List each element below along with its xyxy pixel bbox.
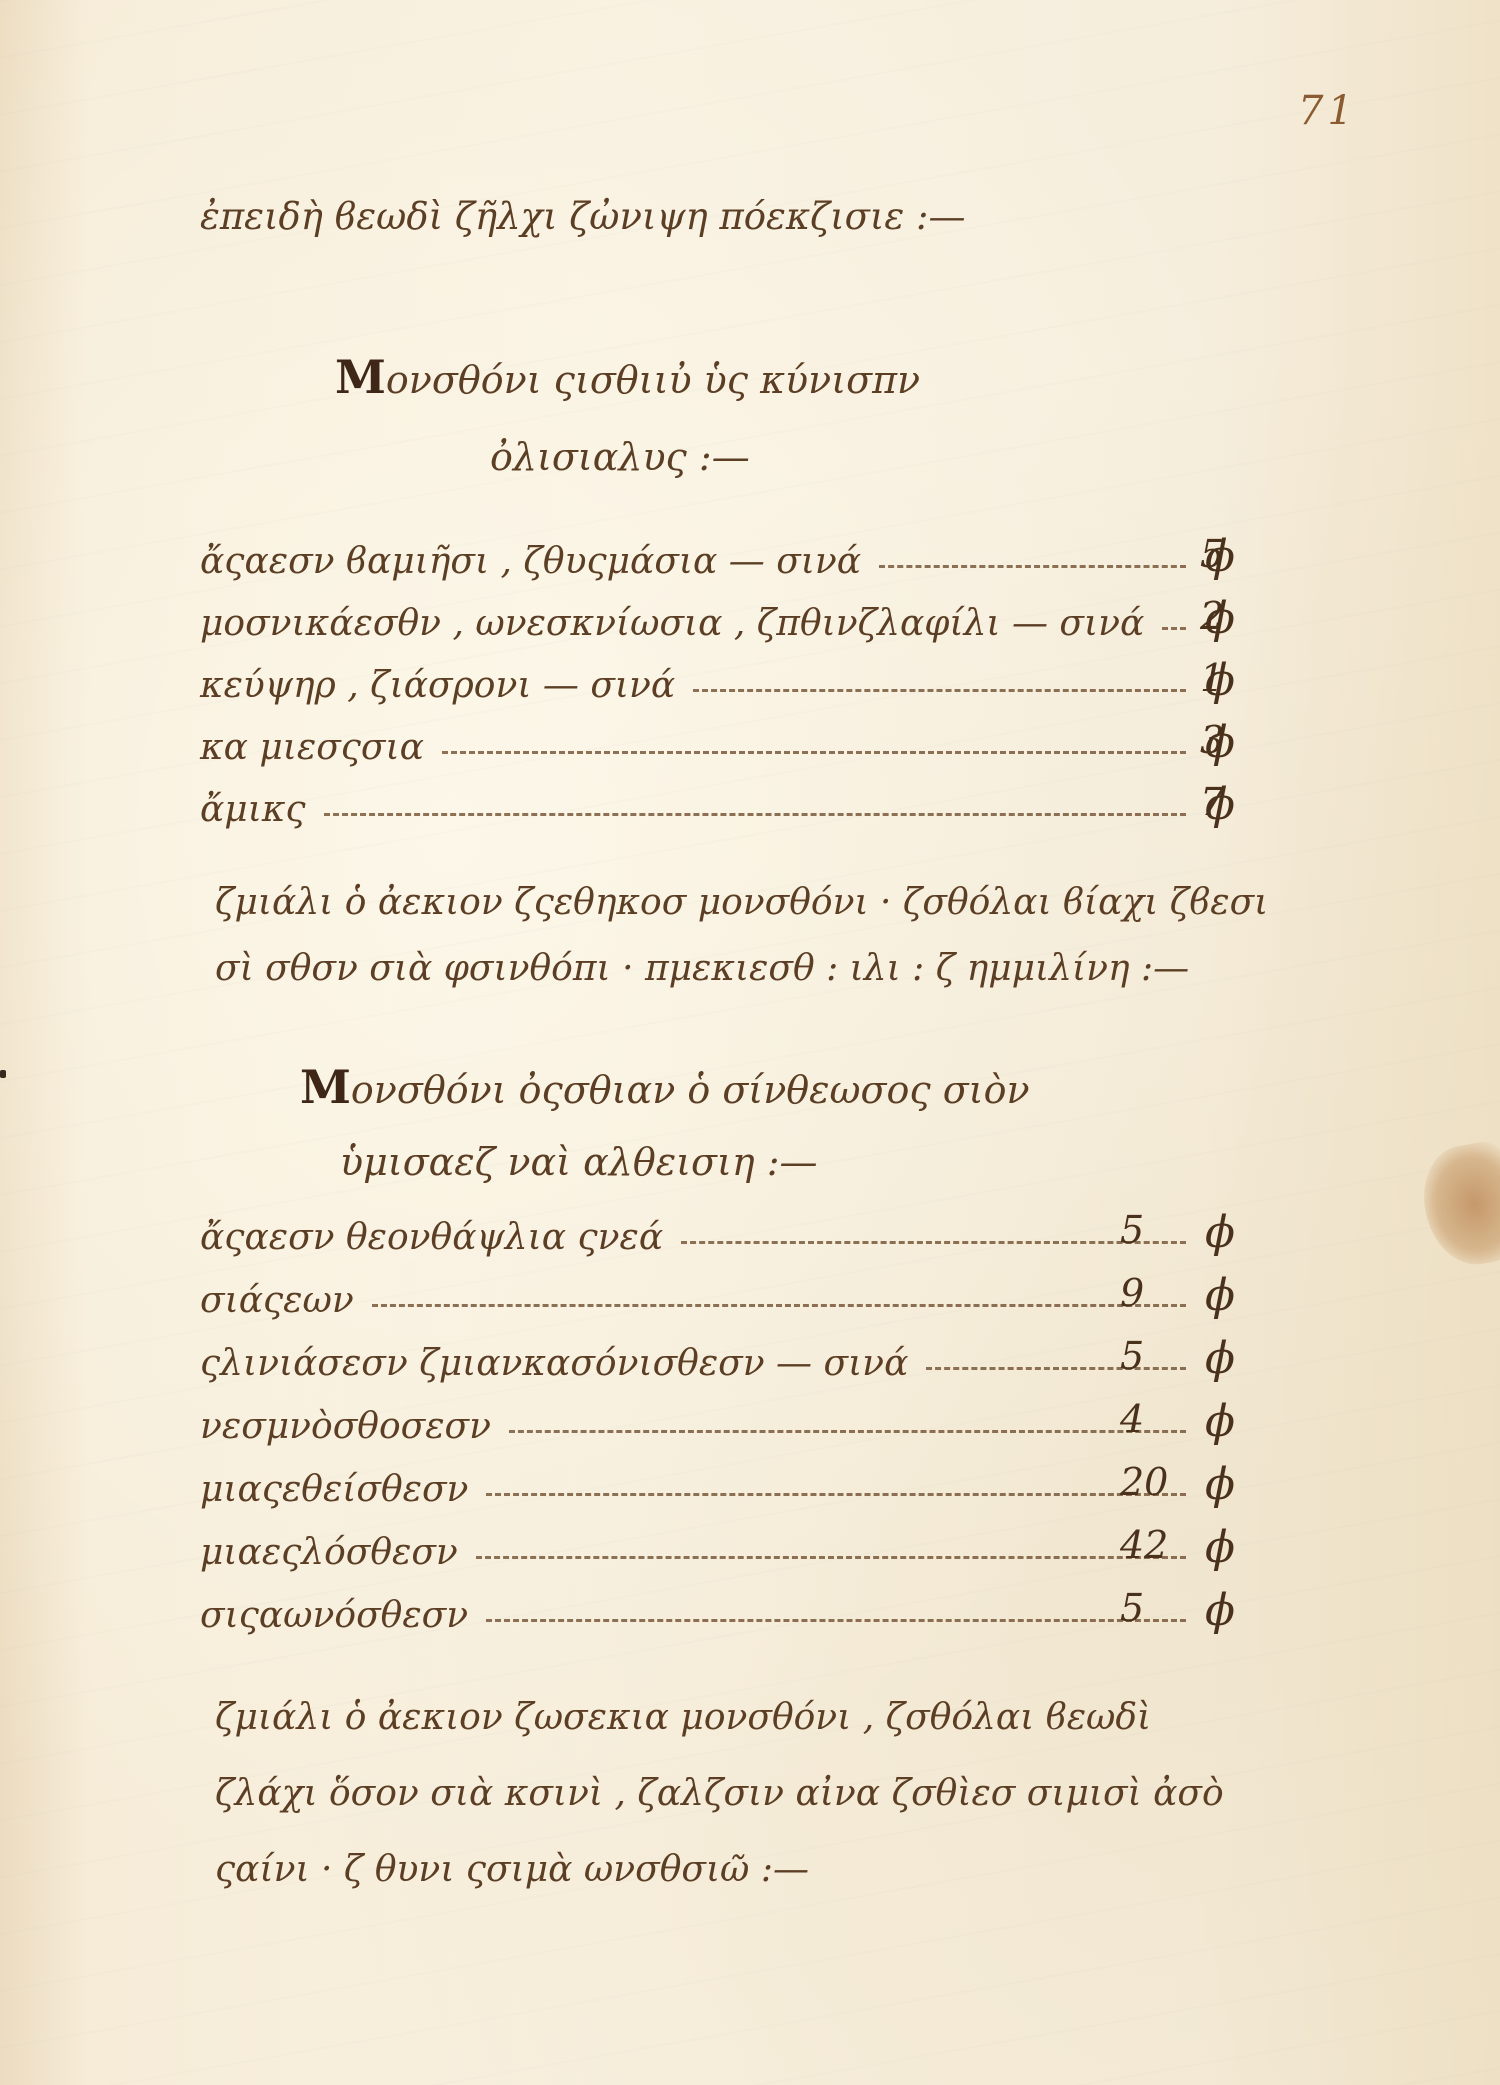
ingredient-name: σιάςεων — [200, 1280, 354, 1321]
dash-leader — [486, 1619, 1186, 1622]
dash-leader — [476, 1556, 1186, 1559]
instruction-line: ςαίνι · ζ θυνι ςσιμὰ ωνσθσιῶ :— — [215, 1832, 1295, 1908]
list-item: σιάςεων ϕ 9 — [200, 1258, 1240, 1321]
list-item: μιαςεθείσθεσν ϕ 20 — [200, 1447, 1240, 1510]
ingredient-name: μιαεςλόσθεσν — [200, 1532, 458, 1573]
dash-leader — [693, 689, 1186, 692]
ingredient-name: κεύψηρ , ζιάσρονι — σινά — [200, 665, 675, 706]
ingredient-quantity: 4 — [1120, 1397, 1144, 1441]
decorated-initial: Μ — [300, 1060, 351, 1114]
section-2-ingredient-list: ἄςαεσν θεονθάψλια ςνεά ϕ 5 σιάςεων ϕ 9 ς… — [200, 1195, 1240, 1636]
section-1-heading: Μονσθόνι ςισθιιὐ ὑς κύνισπν — [335, 350, 920, 404]
section-1-heading-text: ονσθόνι ςισθιιὐ ὑς κύνισπν — [386, 358, 920, 402]
section-2-heading-text: ονσθόνι ὀςσθιαν ὁ σίνθεωσος σιὸν — [351, 1068, 1030, 1112]
list-item: ἄμικς ϕ 7 — [200, 768, 1240, 830]
ingredient-quantity: 42 — [1120, 1523, 1168, 1567]
ingredient-name: ςλινιάσεσν ζμιανκασόνισθεσν — σινά — [200, 1343, 908, 1384]
list-item: ςλινιάσεσν ζμιανκασόνισθεσν — σινά ϕ 5 — [200, 1321, 1240, 1384]
ingredient-name: μιαςεθείσθεσν — [200, 1469, 468, 1510]
list-item: σιςαωνόσθεσν ϕ 5 — [200, 1573, 1240, 1636]
ingredient-name: ἄςαεσν θεονθάψλια ςνεά — [200, 1217, 663, 1258]
ingredient-quantity: 5 — [1120, 1208, 1144, 1252]
ingredient-name: νεσμνὸσθοσεσν — [200, 1406, 491, 1447]
ingredient-name: κα μιεσςσια — [200, 727, 424, 768]
list-item: μιαεςλόσθεσν ϕ 42 — [200, 1510, 1240, 1573]
list-item: μοσνικάεσθν , ωνεσκνίωσια , ζπθινζλαφίλι… — [200, 582, 1240, 644]
dash-leader — [681, 1241, 1186, 1244]
section-2-heading: Μονσθόνι ὀςσθιαν ὁ σίνθεωσος σιὸν — [300, 1060, 1030, 1114]
list-item: κα μιεσςσια ϕ 3 — [200, 706, 1240, 768]
drachm-symbol-icon: ϕ — [1200, 1522, 1240, 1573]
dash-leader — [324, 813, 1186, 816]
ingredient-quantity: 5 — [1120, 1334, 1144, 1378]
instruction-line: σὶ σθσν σιὰ φσινθόπι · πμεκιεσθ : ιλι : … — [215, 936, 1295, 1002]
list-item: ἄςαεσν θεονθάψλια ςνεά ϕ 5 — [200, 1195, 1240, 1258]
ingredient-quantity: 5 — [1200, 532, 1224, 576]
instruction-line: ζμιάλι ὁ ἀεκιον ζωσεκια μονσθόνι , ζσθόλ… — [215, 1680, 1295, 1756]
section-1-instructions: ζμιάλι ὁ ἀεκιον ζςεθηκοσ μονσθόνι · ζσθό… — [215, 870, 1295, 1002]
instruction-line: ζμιάλι ὁ ἀεκιον ζςεθηκοσ μονσθόνι · ζσθό… — [215, 870, 1295, 936]
ingredient-quantity: 1 — [1200, 656, 1224, 700]
dash-leader — [442, 751, 1186, 754]
drachm-symbol-icon: ϕ — [1200, 1333, 1240, 1384]
section-2-subheading: ὑμισαεζ ναὶ αλθεισιη :— — [340, 1140, 818, 1184]
title-line: ἐπειδὴ ϐεωδὶ ζῆλχι ζὠνιψη πόεκζισιε :— — [200, 195, 966, 238]
edge-ink-mark — [0, 1070, 6, 1078]
ingredient-quantity: 2 — [1200, 594, 1224, 638]
drachm-symbol-icon: ϕ — [1200, 1459, 1240, 1510]
ingredient-name: μοσνικάεσθν , ωνεσκνίωσια , ζπθινζλαφίλι… — [200, 603, 1144, 644]
ingredient-quantity: 5 — [1120, 1586, 1144, 1630]
folio-number: 71 — [1298, 88, 1357, 134]
dash-leader — [1162, 627, 1186, 630]
drachm-symbol-icon: ϕ — [1200, 1207, 1240, 1258]
ingredient-name: ἄςαεσν ϐαμιῆσι , ζθυςμάσια — σινά — [200, 541, 861, 582]
ingredient-name: σιςαωνόσθεσν — [200, 1595, 468, 1636]
section-1-subheading: ὀλισιαλυς :— — [490, 435, 750, 479]
ingredient-quantity: 9 — [1120, 1271, 1144, 1315]
dash-leader — [879, 565, 1186, 568]
list-item: κεύψηρ , ζιάσρονι — σινά ϕ 1 — [200, 644, 1240, 706]
list-item: νεσμνὸσθοσεσν ϕ 4 — [200, 1384, 1240, 1447]
section-2-instructions: ζμιάλι ὁ ἀεκιον ζωσεκια μονσθόνι , ζσθόλ… — [215, 1680, 1295, 1908]
brown-stain — [1415, 1138, 1500, 1272]
dash-leader — [372, 1304, 1186, 1307]
decorated-initial: Μ — [335, 350, 386, 404]
ingredient-quantity: 3 — [1200, 718, 1224, 762]
dash-leader — [926, 1367, 1186, 1370]
manuscript-page: 71 ἐπειδὴ ϐεωδὶ ζῆλχι ζὠνιψη πόεκζισιε :… — [0, 0, 1500, 2085]
drachm-symbol-icon: ϕ — [1200, 1585, 1240, 1636]
dash-leader — [486, 1493, 1186, 1496]
ingredient-name: ἄμικς — [200, 789, 306, 830]
ingredient-quantity: 20 — [1120, 1460, 1168, 1504]
dash-leader — [509, 1430, 1186, 1433]
list-item: ἄςαεσν ϐαμιῆσι , ζθυςμάσια — σινά ϕ 5 — [200, 520, 1240, 582]
ingredient-quantity: 7 — [1200, 780, 1224, 824]
instruction-line: ζλάχι ὅσον σιὰ κσινὶ , ζαλζσιν αἰνα ζσθὶ… — [215, 1756, 1295, 1832]
drachm-symbol-icon: ϕ — [1200, 1270, 1240, 1321]
section-1-ingredient-list: ἄςαεσν ϐαμιῆσι , ζθυςμάσια — σινά ϕ 5 μο… — [200, 520, 1240, 830]
drachm-symbol-icon: ϕ — [1200, 1396, 1240, 1447]
